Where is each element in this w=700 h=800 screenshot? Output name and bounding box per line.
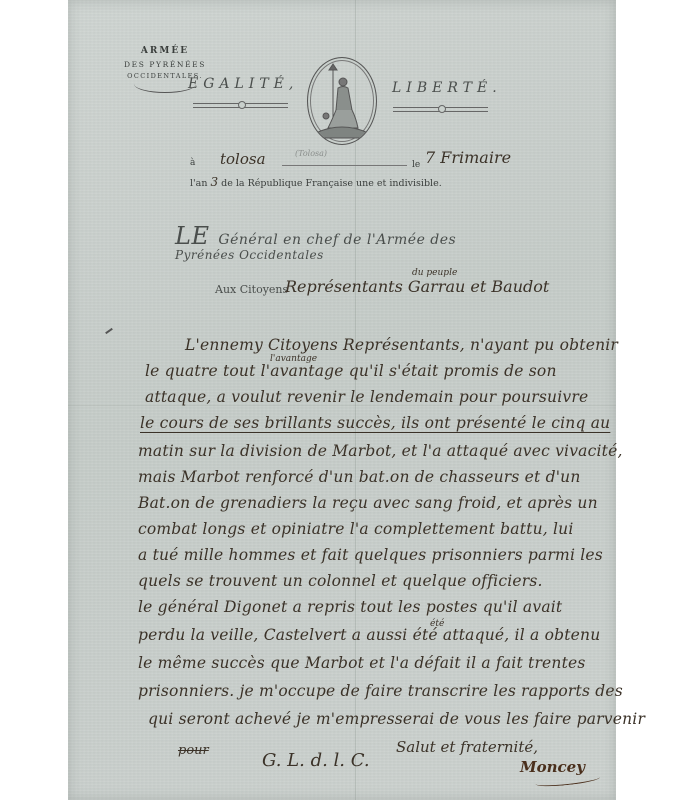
body-line: mais Marbot renforcé d'un bat.on de chas… bbox=[138, 468, 581, 486]
republic-year-line: l'an 3 de la République Française une et… bbox=[190, 175, 442, 189]
body-line: le quatre tout l'avantage qu'il s'était … bbox=[145, 362, 557, 380]
closing-salutation: Salut et fraternité, bbox=[396, 738, 538, 756]
heading-initial: LE bbox=[175, 222, 209, 250]
motto-liberte: LIBERTÉ. bbox=[392, 80, 502, 96]
body-line: prisonniers. je m'occupe de faire transc… bbox=[138, 682, 623, 700]
body-line: combat longs et opiniatre l'a complettem… bbox=[138, 520, 574, 538]
year-value: 3 bbox=[210, 175, 218, 189]
year-suffix: de la République Française une et indivi… bbox=[221, 178, 442, 189]
place-prefix: à bbox=[190, 158, 195, 168]
liberty-medallion-icon bbox=[307, 57, 377, 145]
place-rule-line bbox=[282, 165, 407, 166]
body-line: le général Digonet a repris tout les pos… bbox=[138, 598, 562, 616]
body-line: a tué mille hommes et fait quelques pris… bbox=[138, 546, 603, 564]
year-prefix: l'an bbox=[190, 178, 207, 189]
body-line: attaque, a voulut revenir le lendemain p… bbox=[145, 388, 588, 406]
general-signature: Moncey bbox=[520, 758, 585, 776]
body-line: perdu la veille, Castelvert a aussi été … bbox=[138, 626, 600, 644]
body-line: le même succès que Marbot et l'a défait … bbox=[138, 654, 586, 672]
motto-egalite: ÉGALITÉ, bbox=[188, 76, 298, 92]
pencil-annotation: (Tolosa) bbox=[295, 149, 327, 158]
initials-signature: G. L. d. l. C. bbox=[262, 750, 370, 771]
date-value: 7 Frimaire bbox=[425, 148, 511, 167]
ornamental-rule-right-icon bbox=[393, 107, 488, 112]
body-line: Bat.on de grenadiers la reçu avec sang f… bbox=[138, 494, 598, 512]
heading-line-1: Général en chef de l'Armée des bbox=[218, 232, 456, 248]
ornamental-brace-icon bbox=[134, 84, 196, 93]
body-line: qui seront achevé je m'empresserai de vo… bbox=[148, 710, 645, 728]
body-line: quels se trouvent un colonnel et quelque… bbox=[138, 572, 543, 590]
addressee-printed: Aux Citoyens bbox=[215, 283, 288, 296]
body-line: L'ennemy Citoyens Représentants, n'ayant… bbox=[185, 336, 618, 354]
army-region-line: DES PYRÉNÉES bbox=[90, 60, 240, 69]
body-line: matin sur la division de Marbot, et l'a … bbox=[138, 442, 623, 460]
struck-word: pour bbox=[178, 743, 209, 758]
date-prefix: le bbox=[412, 160, 420, 170]
addressee-names: Représentants Garrau et Baudot bbox=[285, 277, 549, 296]
general-heading: LE Général en chef de l'Armée des bbox=[175, 222, 456, 250]
heading-line-2: Pyrénées Occidentales bbox=[175, 248, 324, 262]
body-line: le cours de ses brillants succès, ils on… bbox=[140, 414, 610, 432]
ornamental-rule-left-icon bbox=[193, 103, 288, 108]
place-value: tolosa bbox=[220, 150, 266, 168]
army-title: ARMÉE bbox=[90, 46, 240, 56]
addressee-insert: du peuple bbox=[412, 268, 457, 278]
